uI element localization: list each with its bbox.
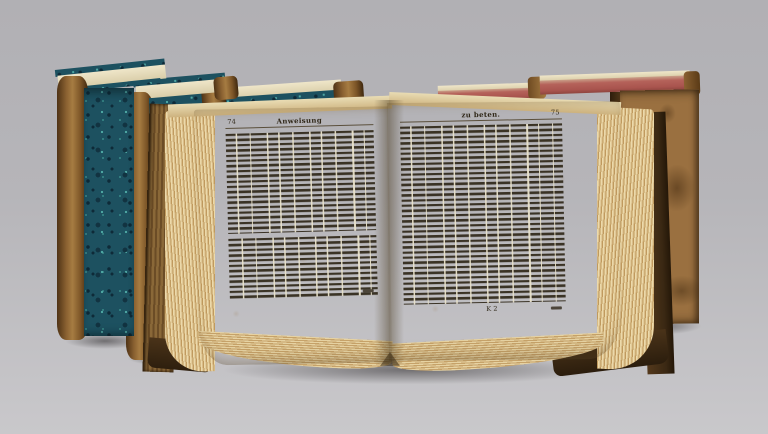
catchword-mark [551, 306, 562, 309]
gutter-notch [380, 352, 400, 366]
recto-folio: 75 [551, 108, 560, 117]
signature-row: K 2 [404, 303, 566, 314]
fraktur-paragraph [400, 123, 566, 304]
catchword-mark [363, 289, 374, 292]
verso-text-block: 74 Anweisung [225, 114, 379, 336]
leather-corner [213, 76, 239, 101]
recto-text-block: zu beten. 75 K 2 [400, 108, 566, 327]
marbled-board [84, 88, 134, 336]
signature-mark: K 2 [404, 303, 566, 314]
antique-books-photograph: 74 Anweisung zu beten. 75 K 2 [0, 0, 768, 434]
fraktur-paragraph [228, 235, 378, 299]
fraktur-paragraph [226, 130, 377, 234]
